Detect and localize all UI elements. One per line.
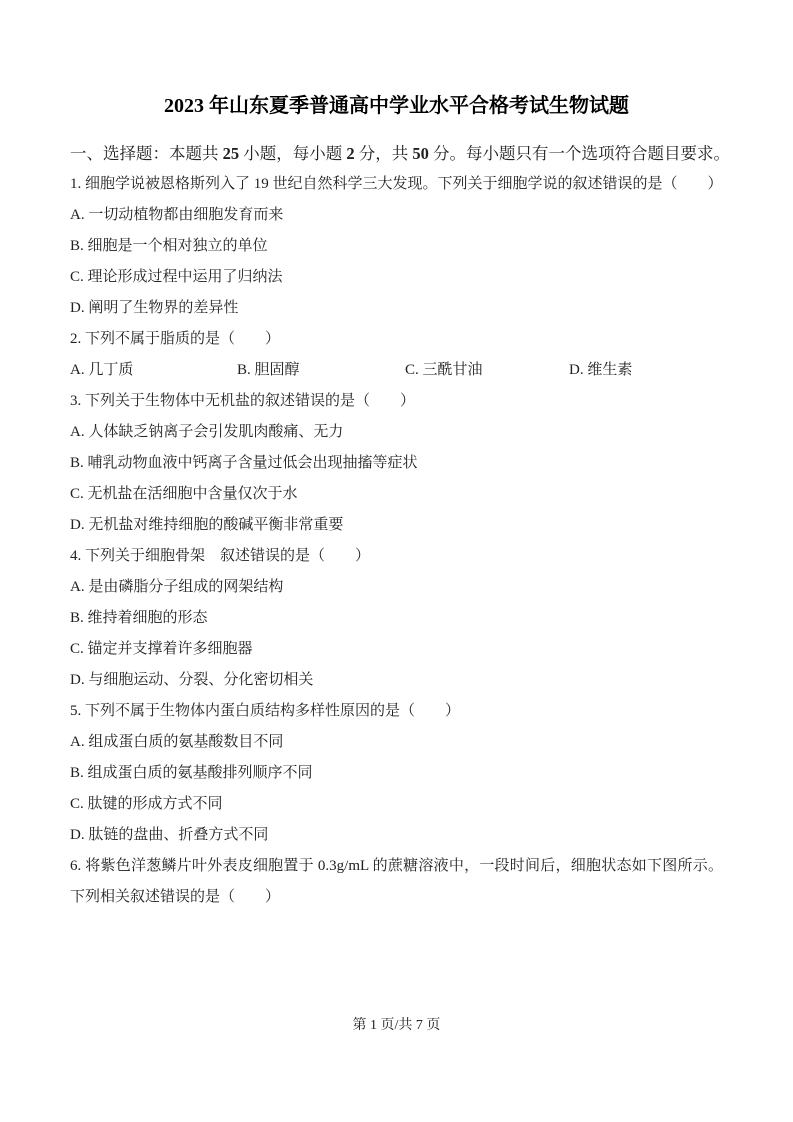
option-item: A. 几丁质 — [70, 355, 237, 386]
question-stem: 2. 下列不属于脂质的是（ ） — [70, 324, 723, 355]
option-item: D. 与细胞运动、分裂、分化密切相关 — [70, 665, 723, 696]
section-header: 一、选择题：本题共 25 小题，每小题 2 分，共 50 分。每小题只有一个选项… — [70, 138, 723, 169]
page-title: 2023 年山东夏季普通高中学业水平合格考试生物试题 — [70, 92, 723, 120]
question-stem: 3. 下列关于生物体中无机盐的叙述错误的是（ ） — [70, 386, 723, 417]
question-stem: 6. 将紫色洋葱鳞片叶外表皮细胞置于 0.3g/mL 的蔗糖溶液中，一段时间后，… — [70, 851, 723, 913]
option-item: C. 三酰甘油 — [405, 355, 569, 386]
option-row: A. 几丁质B. 胆固醇C. 三酰甘油D. 维生素 — [70, 355, 723, 386]
option-item: B. 维持着细胞的形态 — [70, 603, 723, 634]
option-item: D. 无机盐对维持细胞的酸碱平衡非常重要 — [70, 510, 723, 541]
option-item: B. 组成蛋白质的氨基酸排列顺序不同 — [70, 758, 723, 789]
document-page: 2023 年山东夏季普通高中学业水平合格考试生物试题 一、选择题：本题共 25 … — [0, 0, 793, 1122]
questions-container: 1. 细胞学说被恩格斯列入了 19 世纪自然科学三大发现。下列关于细胞学说的叙述… — [70, 169, 723, 913]
page-content: 2023 年山东夏季普通高中学业水平合格考试生物试题 一、选择题：本题共 25 … — [0, 0, 793, 913]
question-stem: 1. 细胞学说被恩格斯列入了 19 世纪自然科学三大发现。下列关于细胞学说的叙述… — [70, 169, 723, 200]
option-item: B. 细胞是一个相对独立的单位 — [70, 231, 723, 262]
option-item: D. 维生素 — [569, 355, 723, 386]
option-item: C. 无机盐在活细胞中含量仅次于水 — [70, 479, 723, 510]
option-item: C. 肽键的形成方式不同 — [70, 789, 723, 820]
question-stem: 4. 下列关于细胞骨架 叙述错误的是（ ） — [70, 541, 723, 572]
option-item: B. 哺乳动物血液中钙离子含量过低会出现抽搐等症状 — [70, 448, 723, 479]
page-footer: 第 1 页/共 7 页 — [0, 1016, 793, 1036]
option-item: A. 一切动植物都由细胞发育而来 — [70, 200, 723, 231]
question-stem: 5. 下列不属于生物体内蛋白质结构多样性原因的是（ ） — [70, 696, 723, 727]
option-item: C. 理论形成过程中运用了归纳法 — [70, 262, 723, 293]
option-item: C. 锚定并支撑着许多细胞器 — [70, 634, 723, 665]
option-item: A. 是由磷脂分子组成的网架结构 — [70, 572, 723, 603]
option-item: D. 阐明了生物界的差异性 — [70, 293, 723, 324]
option-item: B. 胆固醇 — [237, 355, 405, 386]
option-item: A. 组成蛋白质的氨基酸数目不同 — [70, 727, 723, 758]
option-item: D. 肽链的盘曲、折叠方式不同 — [70, 820, 723, 851]
option-item: A. 人体缺乏钠离子会引发肌肉酸痛、无力 — [70, 417, 723, 448]
